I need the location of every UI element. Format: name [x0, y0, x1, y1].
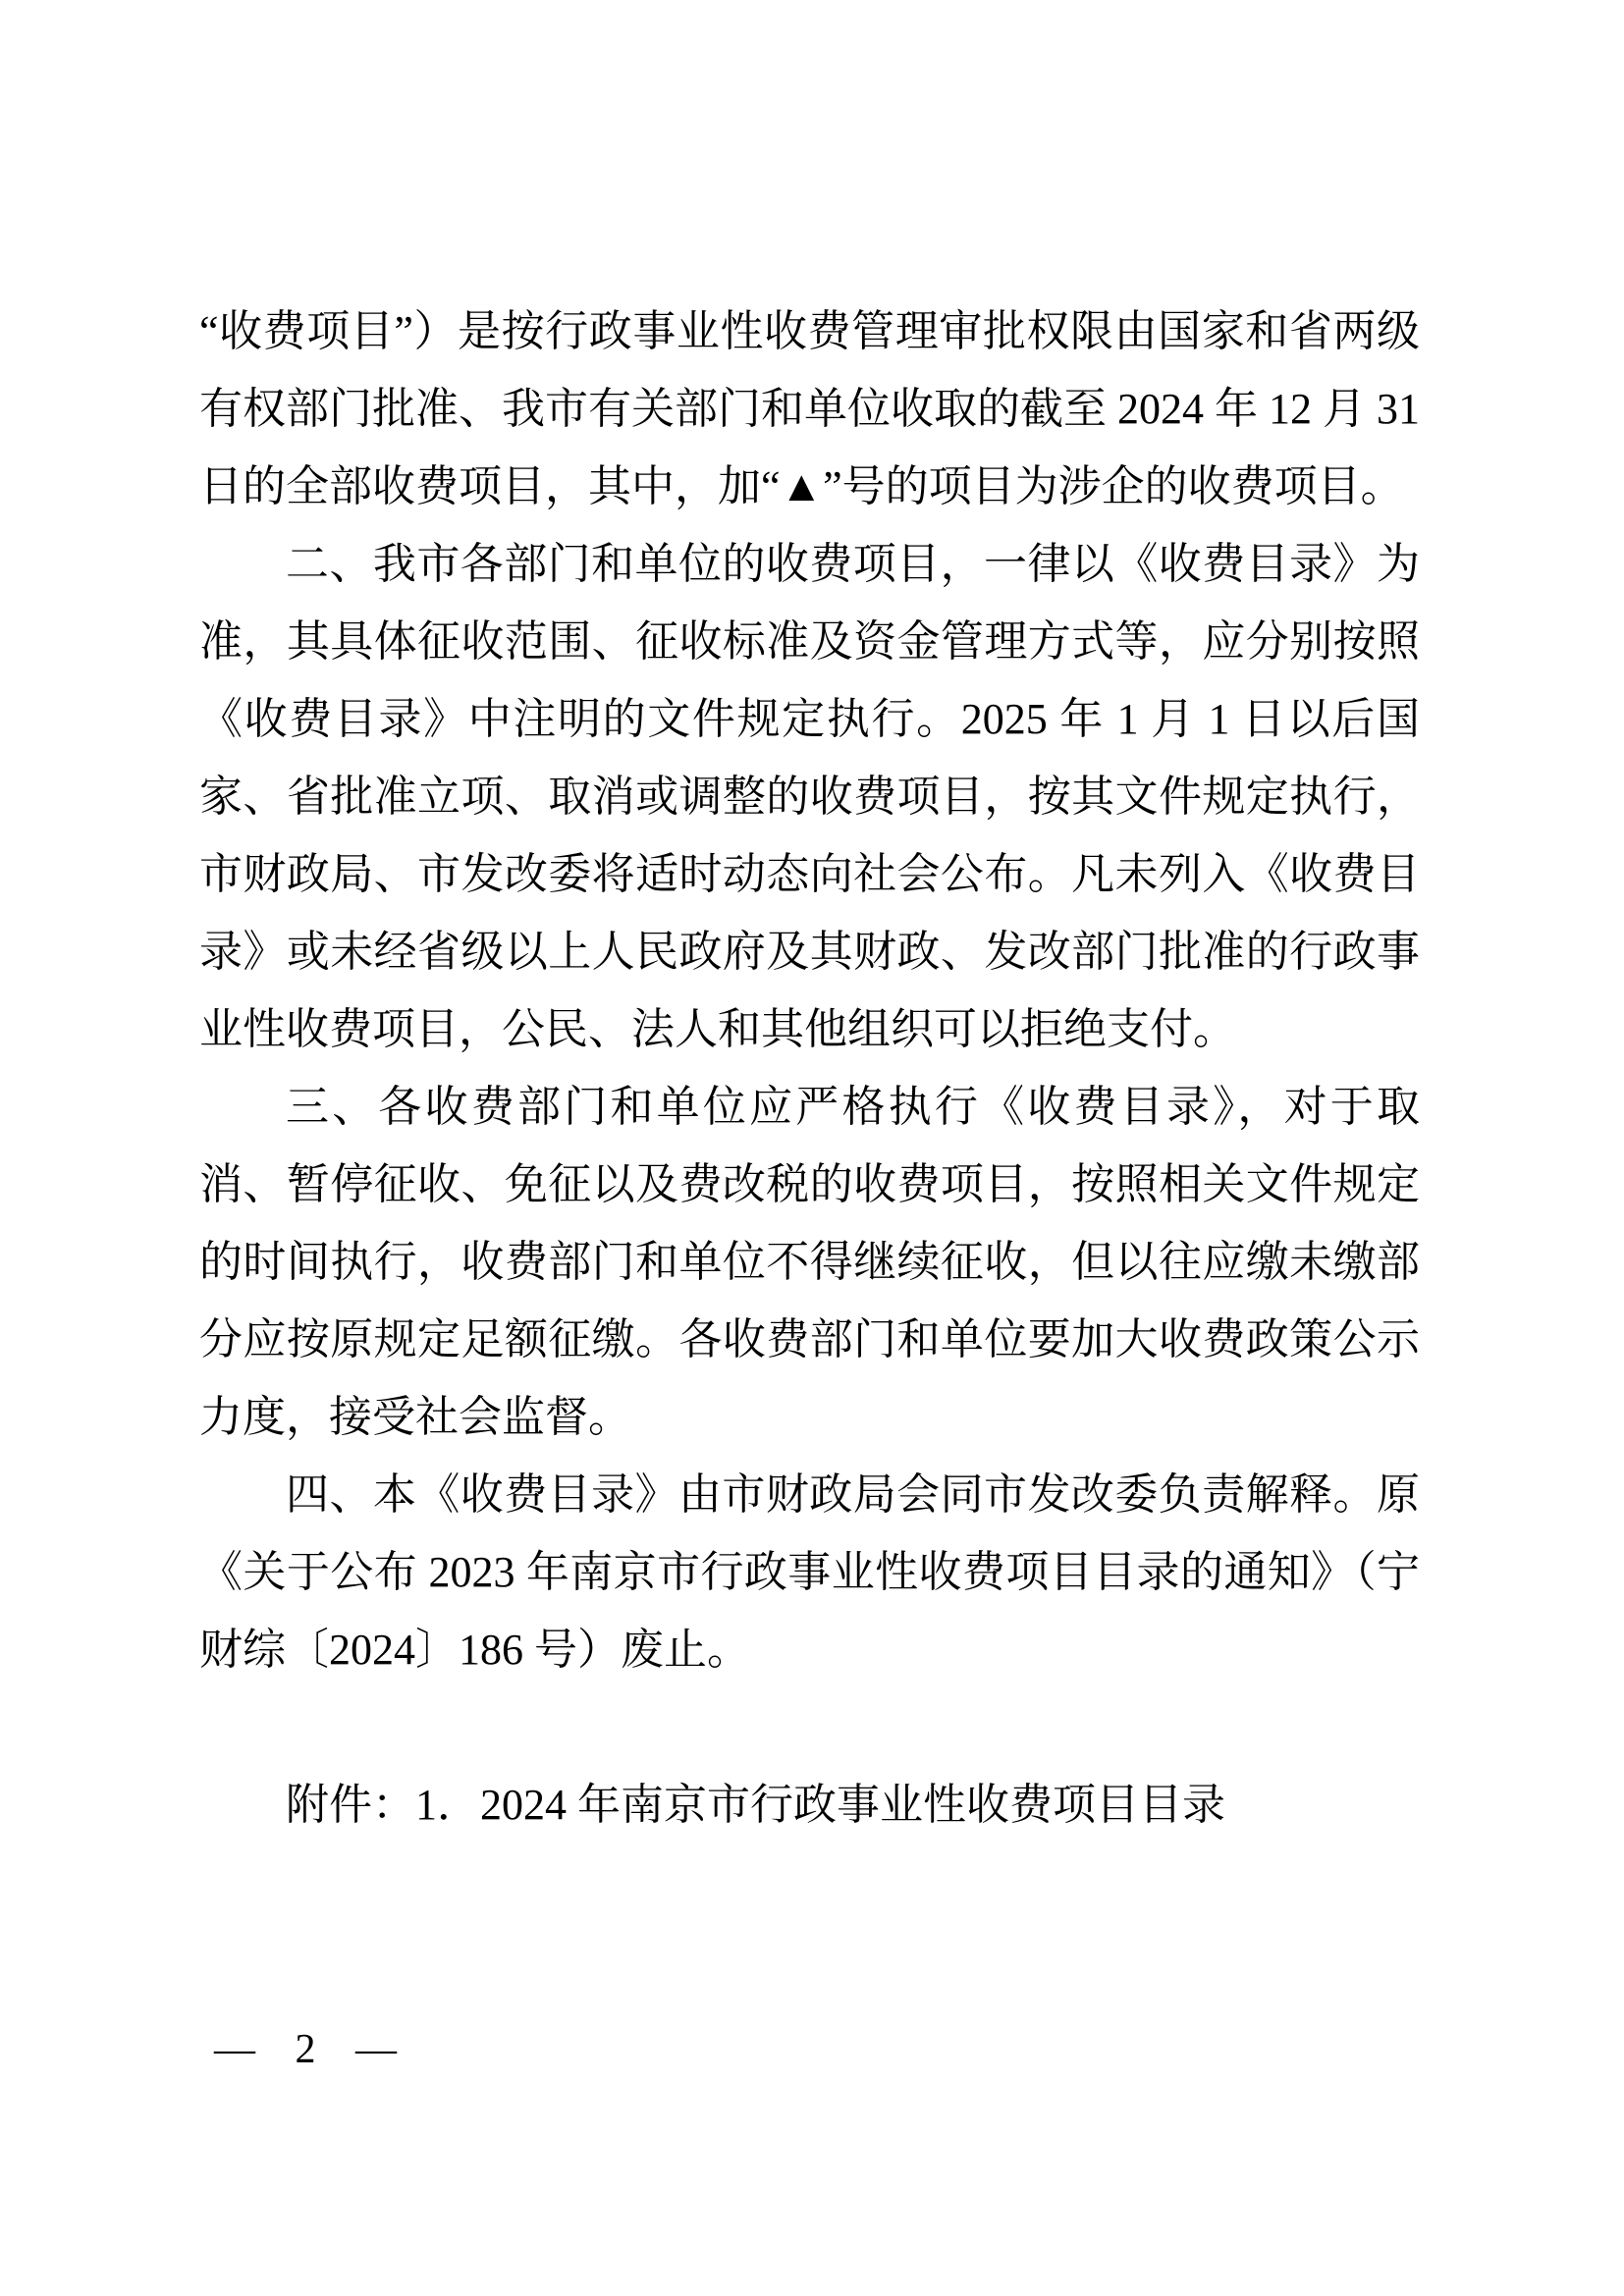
paragraph-continuation: “收费项目”）是按行政事业性收费管理审批权限由国家和省两级有权部门批准、我市有关…: [199, 293, 1420, 525]
page-number: — 2 —: [214, 2027, 401, 2072]
document-body: “收费项目”）是按行政事业性收费管理审批权限由国家和省两级有权部门批准、我市有关…: [199, 293, 1420, 1843]
document-page: “收费项目”）是按行政事业性收费管理审批权限由国家和省两级有权部门批准、我市有关…: [0, 0, 1624, 2296]
paragraph-item-four: 四、本《收费目录》由市财政局会同市发改委负责解释。原《关于公布 2023 年南京…: [199, 1456, 1420, 1688]
paragraph-item-three: 三、各收费部门和单位应严格执行《收费目录》，对于取消、暂停征收、免征以及费改税的…: [199, 1068, 1420, 1456]
paragraph-item-two: 二、我市各部门和单位的收费项目，一律以《收费目录》为准，其具体征收范围、征收标准…: [199, 525, 1420, 1068]
attachment-line: 附件：1．2024 年南京市行政事业性收费项目目录: [199, 1766, 1420, 1843]
page-footer: — 2 —: [214, 2020, 401, 2079]
